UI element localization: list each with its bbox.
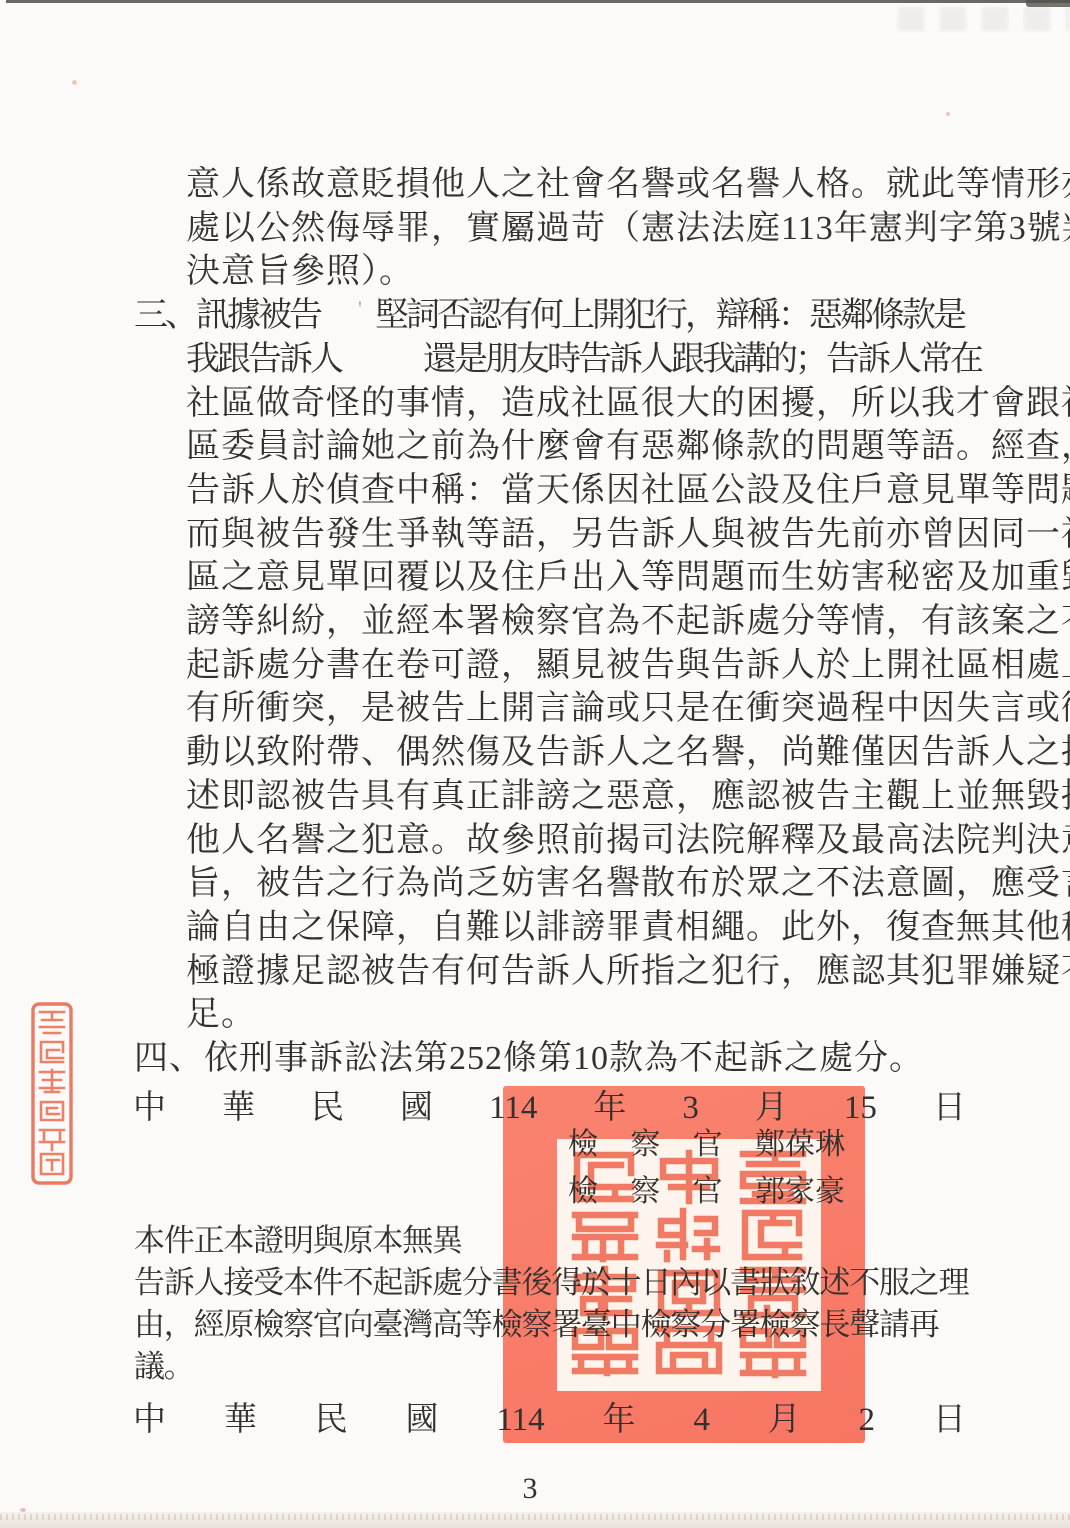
certification-line: 告訴人接受本件不起訴處分書後得於十日內以書狀敘述不服之理 <box>134 1265 968 1300</box>
date-token: 月 <box>755 1090 788 1126</box>
body-line: 論自由之保障，自難以誹謗罪責相繩。此外，復查無其他積 <box>186 909 1070 947</box>
date-token: 114 <box>489 1090 537 1126</box>
date-token: 3 <box>682 1090 699 1126</box>
page-number: 3 <box>505 1472 555 1506</box>
bleed-through-ghost <box>898 7 1070 31</box>
body-line: 有所衝突，是被告上開言論或只是在衝突過程中因失言或衝 <box>186 690 1070 728</box>
redacted-name-gap <box>341 378 423 379</box>
body-line: 極證據足認被告有何告訴人所指之犯行，應認其犯罪嫌疑不 <box>186 953 1070 991</box>
certification-line: 本件正本證明與原本無異 <box>134 1223 462 1258</box>
service-date-line: 中華民國114年4月2日 <box>133 1402 966 1438</box>
body-line: 起訴處分書在卷可證，顯見被告與告訴人於上開社區相處上 <box>186 647 1070 685</box>
body-line: 告訴人於偵查中稱：當天係因社區公設及住戶意見單等問題 <box>186 472 1070 510</box>
date-token: 國 <box>406 1402 439 1438</box>
body-line: 足。 <box>186 996 256 1034</box>
body-line: 意人係故意貶損他人之社會名譽或名譽人格。就此等情形亦 <box>186 166 1070 204</box>
prosecutor-signature-line: 檢察官郭家豪 <box>568 1175 845 1209</box>
prosecutor-title-char: 檢 <box>568 1175 598 1209</box>
date-token: 華 <box>224 1402 257 1438</box>
seam-seal <box>31 1002 73 1185</box>
scan-corner-smudge <box>1026 0 1070 7</box>
scan-bottom-edge <box>0 1512 1070 1528</box>
date-token: 國 <box>400 1090 433 1126</box>
prosecutor-name: 鄭葆琳 <box>755 1128 845 1162</box>
date-token: 民 <box>315 1402 348 1438</box>
body-line: 動以致附帶、偶然傷及告訴人之名譽，尚難僅因告訴人之指 <box>186 734 1070 772</box>
scan-artifact-tick: ' <box>358 296 362 322</box>
body-line: 處以公然侮辱罪，實屬過苛（憲法法庭113年憲判字第3號判 <box>186 210 1070 248</box>
prosecutor-title-char: 察 <box>630 1175 660 1209</box>
scan-top-edge <box>6 0 1070 3</box>
date-token: 華 <box>222 1090 255 1126</box>
prosecutor-title-char: 察 <box>630 1128 660 1162</box>
body-line: 他人名譽之犯意。故參照前揭司法院解釋及最高法院判決意 <box>186 822 1070 860</box>
prosecutor-title-char: 官 <box>693 1175 723 1209</box>
date-token: 日 <box>933 1402 966 1438</box>
body-line: 旨，被告之行為尚乏妨害名譽散布於眾之不法意圖，應受言 <box>186 865 1070 903</box>
body-line: 區之意見單回覆以及住戶出入等問題而生妨害秘密及加重毀 <box>186 559 1070 597</box>
certification-line: 由，經原檢察官向臺灣高等檢察署臺中檢察分署檢察長聲請再 <box>134 1307 939 1342</box>
prosecutor-title-char: 官 <box>693 1128 723 1162</box>
date-token: 日 <box>933 1090 966 1126</box>
date-token: 15 <box>844 1090 877 1126</box>
body-line: 謗等糾紛，並經本署檢察官為不起訴處分等情，有該案之不 <box>186 603 1070 641</box>
date-token: 月 <box>768 1402 801 1438</box>
ink-speck <box>946 112 950 116</box>
certification-line: 議。 <box>134 1349 194 1384</box>
body-line-text: 三、訊據被告 <box>134 297 320 335</box>
date-token: 年 <box>593 1090 626 1126</box>
body-line: 述即認被告具有真正誹謗之惡意，應認被告主觀上並無毀損 <box>186 778 1070 816</box>
date-token: 年 <box>603 1402 636 1438</box>
date-token: 114 <box>496 1402 544 1438</box>
body-line-text: 我跟告訴人 <box>186 341 341 379</box>
redacted-name-gap <box>320 334 375 335</box>
body-line: 而與被告發生爭執等語，另告訴人與被告先前亦曾因同一社 <box>186 516 1070 554</box>
date-token: 民 <box>311 1090 344 1126</box>
body-line: 我跟告訴人還是朋友時告訴人跟我講的；告訴人常在 <box>186 341 981 379</box>
body-line: 四、依刑事訴訟法第252條第10款為不起訴之處分。 <box>134 1040 924 1078</box>
body-line: 決意旨參照）。 <box>186 253 414 291</box>
body-line: 區委員討論她之前為什麼會有惡鄰條款的問題等語。經查， <box>186 428 1070 466</box>
body-line: 三、訊據被告堅詞否認有何上開犯行，辯稱：惡鄰條款是 <box>134 297 964 335</box>
prosecutor-name: 郭家豪 <box>755 1175 845 1209</box>
date-token: 中 <box>133 1402 166 1438</box>
body-line: 社區做奇怪的事情，造成社區很大的困擾，所以我才會跟社 <box>186 385 1070 423</box>
document-page: 意人係故意貶損他人之社會名譽或名譽人格。就此等情形亦處以公然侮辱罪，實屬過苛（憲… <box>0 0 1070 1528</box>
ink-speck <box>72 80 77 85</box>
body-line-text: 堅詞否認有何上開犯行，辯稱：惡鄰條款是 <box>375 297 964 335</box>
ink-speck <box>20 1508 26 1512</box>
decision-date-line: 中華民國114年3月15日 <box>133 1090 966 1126</box>
body-line-text: 還是朋友時告訴人跟我講的；告訴人常在 <box>423 341 981 379</box>
prosecutor-title-char: 檢 <box>568 1128 598 1162</box>
date-token: 中 <box>133 1090 166 1126</box>
date-token: 4 <box>693 1402 710 1438</box>
date-token: 2 <box>859 1402 876 1438</box>
prosecutor-signature-line: 檢察官鄭葆琳 <box>568 1128 845 1162</box>
